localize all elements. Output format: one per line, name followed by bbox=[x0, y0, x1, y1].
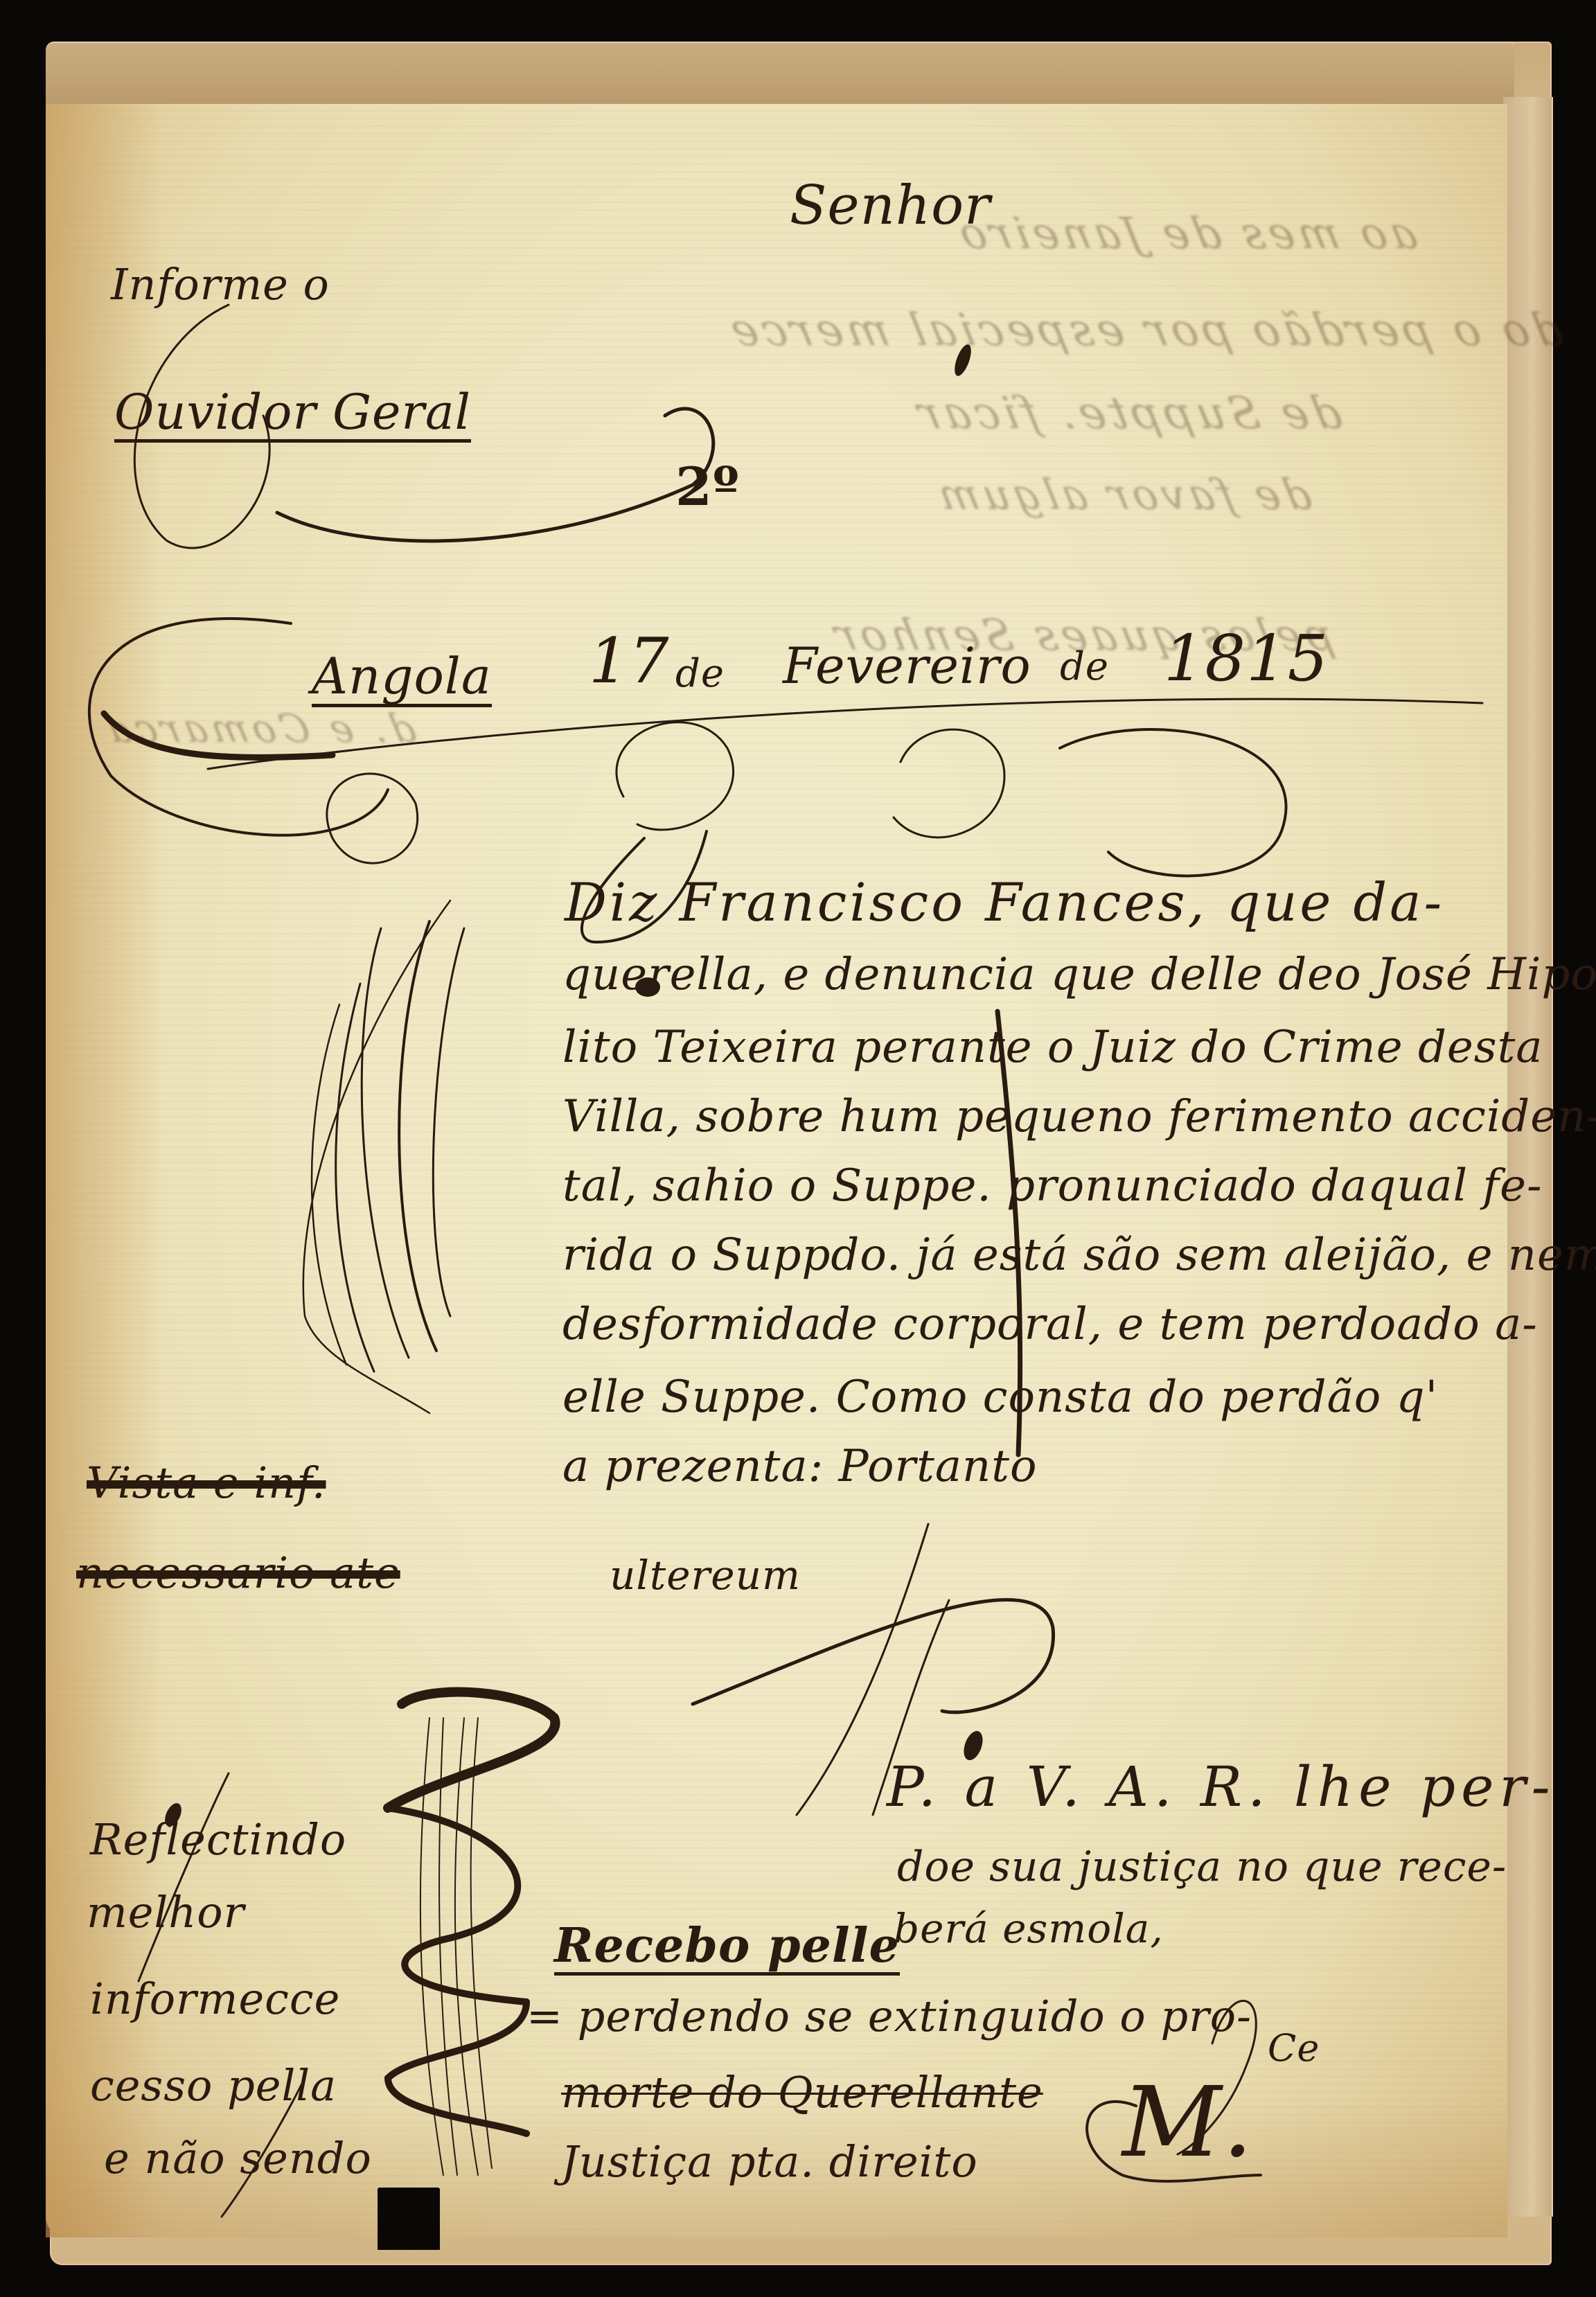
struck-margin-note: Vista e inf. bbox=[87, 1462, 326, 1505]
bleed-through-line: d. e Comarca bbox=[99, 707, 420, 752]
sheet-number: 2º bbox=[675, 461, 740, 513]
body-line: Diz Francisco Fances, que da- bbox=[565, 876, 1444, 929]
margin-continuation: ultereum bbox=[610, 1555, 801, 1595]
despacho-left-line: melhor bbox=[87, 1891, 245, 1934]
body-line: a prezenta: Portanto bbox=[562, 1444, 1037, 1489]
petition-close-line: berá esmola, bbox=[894, 1908, 1164, 1949]
struck-margin-note: necessario ate bbox=[76, 1552, 400, 1595]
paper-tear bbox=[378, 2188, 440, 2250]
underlying-sheet-edge bbox=[1503, 97, 1553, 2217]
petition-formula: P. a V. A. R. lhe per- bbox=[887, 1759, 1556, 1815]
margin-note-informe: Informe o bbox=[111, 263, 330, 306]
body-line: desformidade corporal, e tem perdoado a- bbox=[562, 1302, 1538, 1347]
body-line: rida o Suppdo. já está são sem aleijão, … bbox=[562, 1233, 1596, 1277]
date-year: 1815 bbox=[1164, 627, 1329, 691]
place-name: Angola bbox=[312, 651, 492, 707]
despacho-left-line: e não sendo bbox=[104, 2137, 372, 2180]
body-line: Villa, sobre hum pequeno ferimento accid… bbox=[562, 1094, 1596, 1139]
despacho-right-line: Recebo pelle bbox=[554, 1922, 900, 1976]
despacho-right-line: = perdendo se extinguido o pro- bbox=[526, 1995, 1252, 2038]
body-line: elle Suppe. Como consta do perdão q' bbox=[562, 1375, 1438, 1419]
body-line: lito Teixeira perante o Juiz do Crime de… bbox=[562, 1025, 1543, 1070]
body-line: querella, e denuncia que delle deo José … bbox=[562, 952, 1596, 997]
bleed-through-line: do o perdão por especial merce bbox=[722, 305, 1567, 356]
despacho-right-line: Justiça pta. direito bbox=[561, 2140, 978, 2183]
bleed-through-line: ao mes de Janeiro bbox=[950, 208, 1421, 258]
bleed-through-line: de favor algum bbox=[930, 471, 1316, 520]
petition-close-line: doe sua justiça no que rece- bbox=[897, 1846, 1507, 1888]
signature-initial: M. bbox=[1122, 2075, 1254, 2172]
despacho-left-line: informecce bbox=[90, 1978, 340, 2021]
salutation: Senhor bbox=[790, 179, 991, 233]
despacho-left-line: cesso pella bbox=[90, 2064, 337, 2107]
bleed-through-line: de Suppte. ficar bbox=[909, 388, 1346, 439]
date-connector: de bbox=[675, 655, 725, 693]
body-line: tal, sahio o Suppe. pronunciado daqual f… bbox=[562, 1164, 1543, 1208]
date-year-connector: de bbox=[1060, 648, 1109, 686]
margin-note-ouvidor: Ouvidor Geral bbox=[114, 388, 471, 443]
despacho-left-line: Reflectindo bbox=[90, 1818, 346, 1861]
date-month: Fevereiro bbox=[783, 641, 1031, 691]
top-folded-band bbox=[46, 42, 1514, 107]
signature-suffix: Ce bbox=[1268, 2030, 1320, 2067]
date-day: 17 bbox=[589, 630, 670, 693]
despacho-right-line: morte do Querellante bbox=[561, 2071, 1043, 2114]
